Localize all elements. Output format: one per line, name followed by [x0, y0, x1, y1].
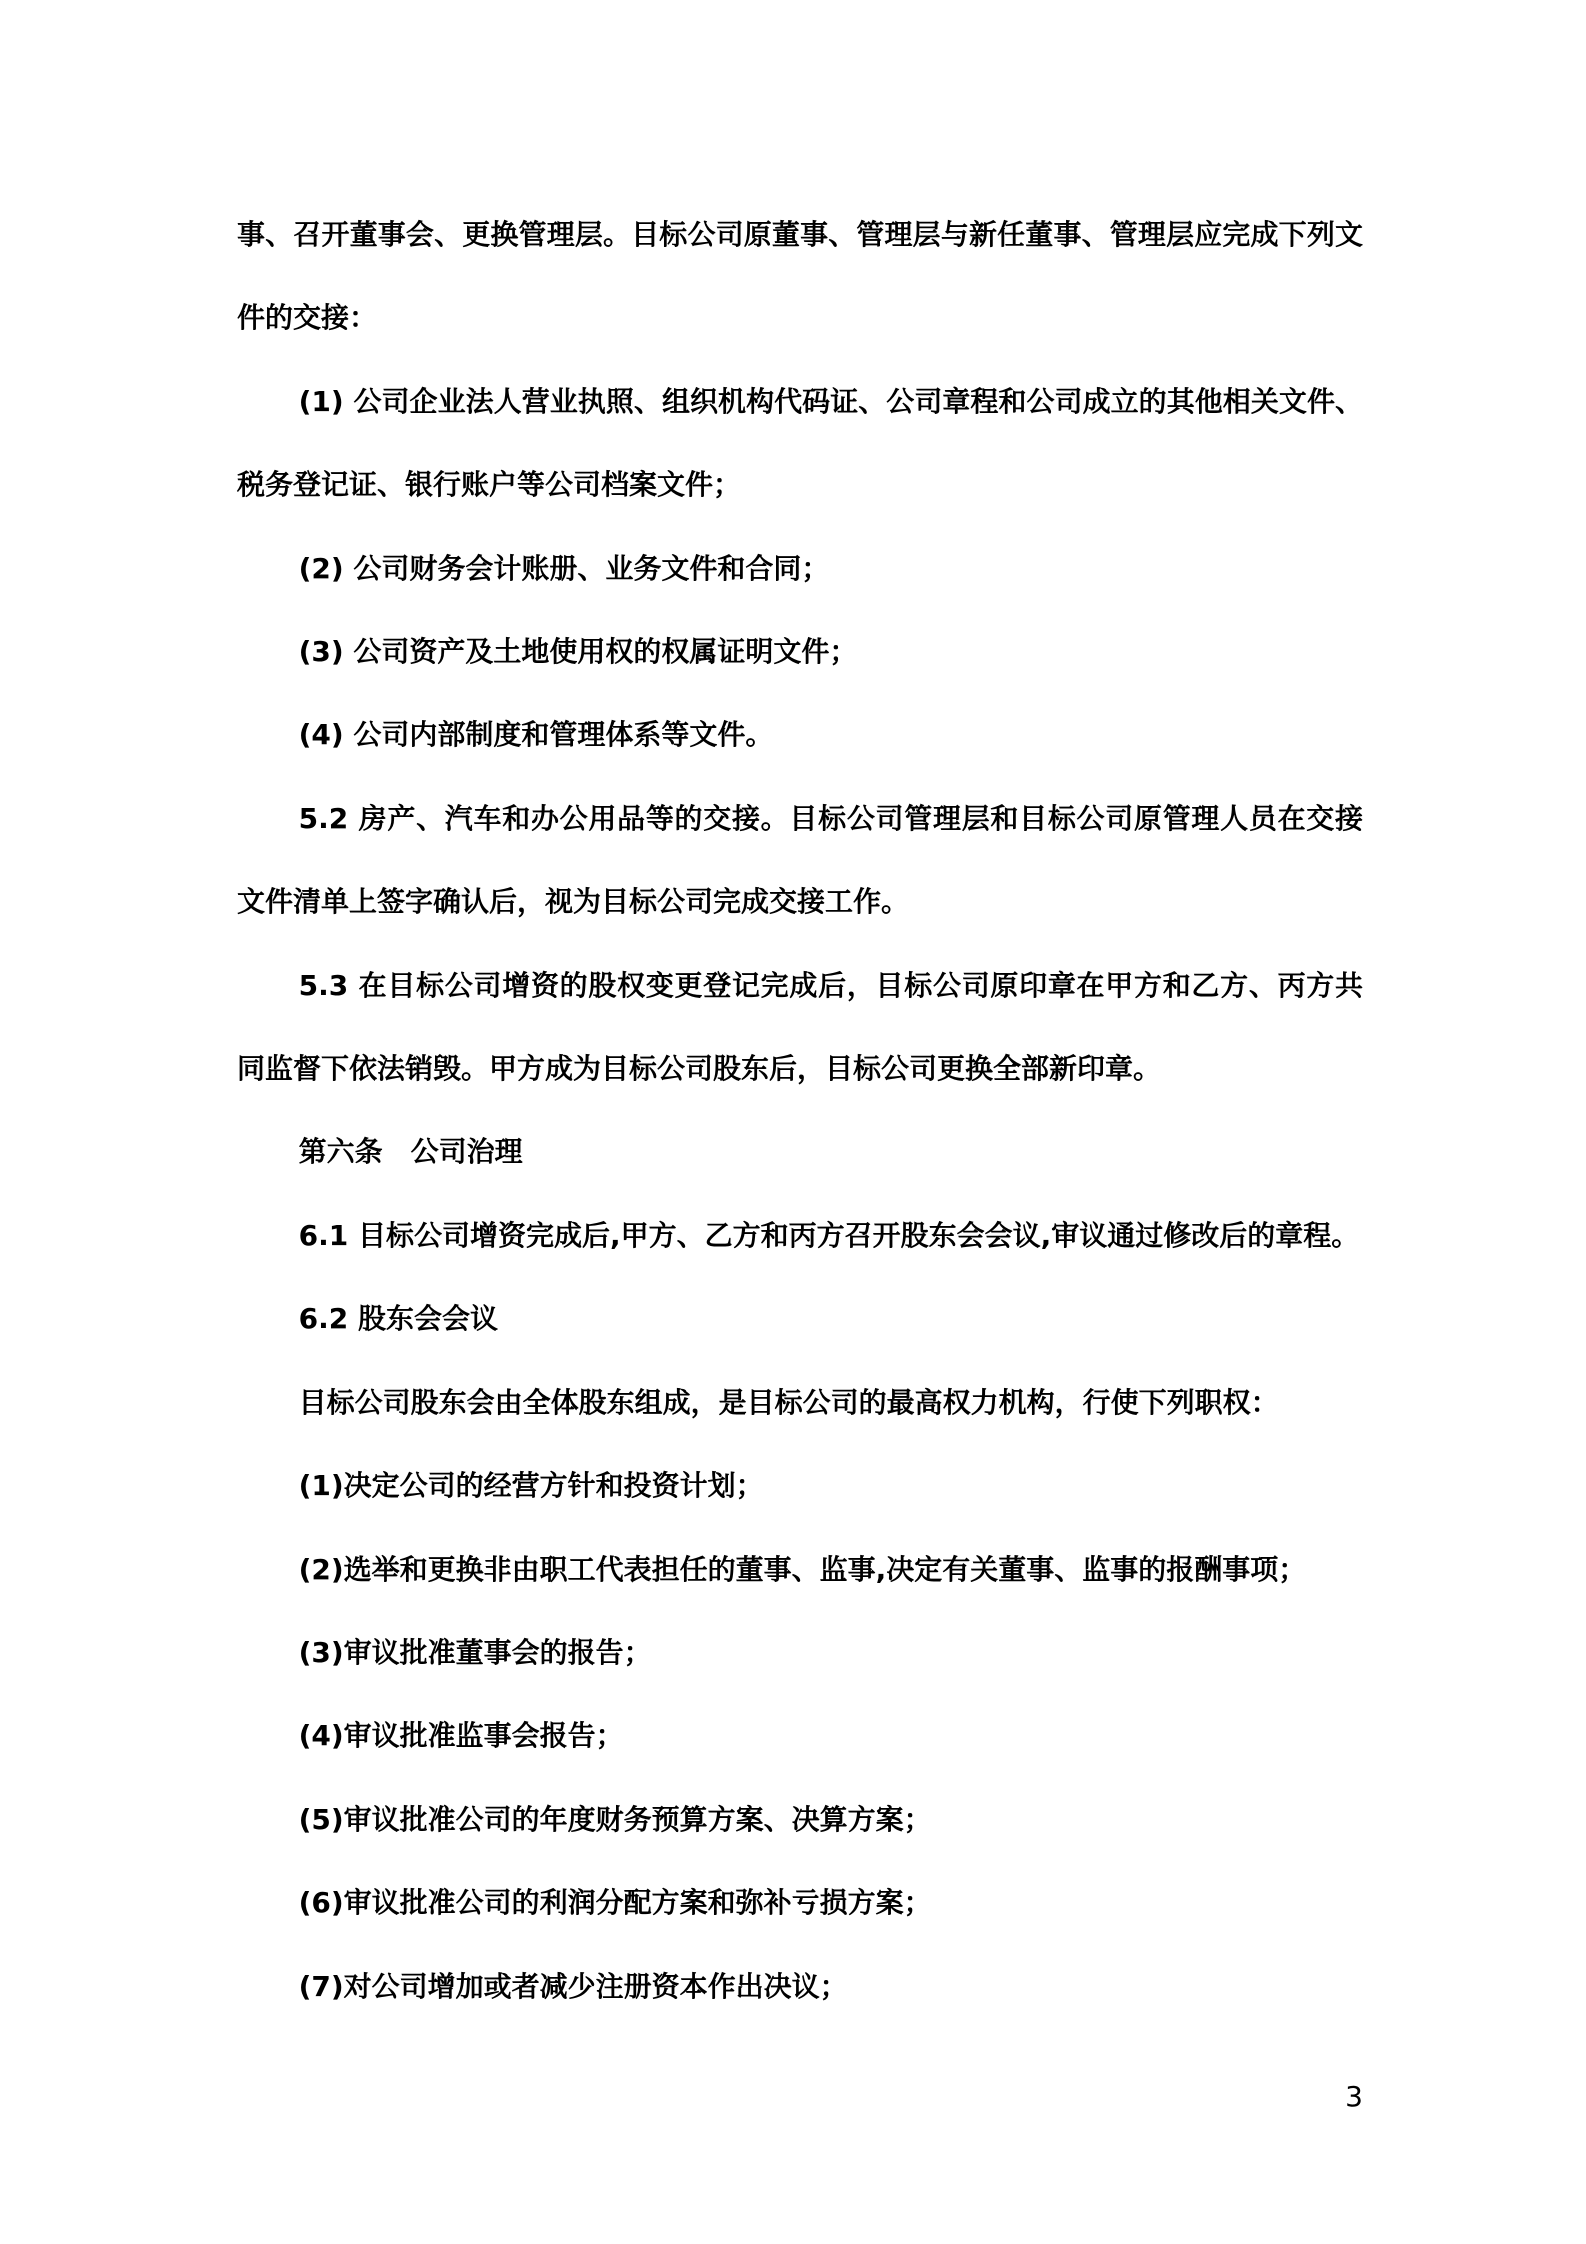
- document-page: 事、召开董事会、更换管理层。目标公司原董事、管理层与新任董事、管理层应完成下列文…: [0, 0, 1586, 2244]
- section-heading: 第六条 公司治理: [237, 1110, 1363, 1193]
- paragraph: (5)审议批准公司的年度财务预算方案、决算方案；: [237, 1778, 1363, 1861]
- paragraph: (2) 公司财务会计账册、业务文件和合同；: [237, 527, 1363, 610]
- paragraph: 5.3 在目标公司增资的股权变更登记完成后，目标公司原印章在甲方和乙方、丙方共同…: [237, 944, 1363, 1111]
- paragraph: (2)选举和更换非由职工代表担任的董事、监事,决定有关董事、监事的报酬事项；: [237, 1528, 1363, 1611]
- paragraph: (6)审议批准公司的利润分配方案和弥补亏损方案；: [237, 1861, 1363, 1944]
- text-content: 事、召开董事会、更换管理层。目标公司原董事、管理层与新任董事、管理层应完成下列文…: [237, 193, 1363, 2028]
- paragraph: 6.1 目标公司增资完成后,甲方、乙方和丙方召开股东会会议,审议通过修改后的章程…: [237, 1194, 1363, 1277]
- page-footer: 3: [237, 2080, 1363, 2114]
- paragraph: 事、召开董事会、更换管理层。目标公司原董事、管理层与新任董事、管理层应完成下列文…: [237, 193, 1363, 360]
- paragraph: (3) 公司资产及土地使用权的权属证明文件；: [237, 610, 1363, 693]
- paragraph: (1) 公司企业法人营业执照、组织机构代码证、公司章程和公司成立的其他相关文件、…: [237, 360, 1363, 527]
- paragraph: 6.2 股东会会议: [237, 1277, 1363, 1360]
- paragraph: 目标公司股东会由全体股东组成，是目标公司的最高权力机构，行使下列职权：: [237, 1361, 1363, 1444]
- paragraph: (3)审议批准董事会的报告；: [237, 1611, 1363, 1694]
- page-number: 3: [1345, 2080, 1363, 2113]
- paragraph: (1)决定公司的经营方针和投资计划；: [237, 1444, 1363, 1527]
- paragraph: (7)对公司增加或者减少注册资本作出决议；: [237, 1945, 1363, 2028]
- paragraph: (4) 公司内部制度和管理体系等文件。: [237, 693, 1363, 776]
- paragraph: (4)审议批准监事会报告；: [237, 1694, 1363, 1777]
- paragraph: 5.2 房产、汽车和办公用品等的交接。目标公司管理层和目标公司原管理人员在交接文…: [237, 777, 1363, 944]
